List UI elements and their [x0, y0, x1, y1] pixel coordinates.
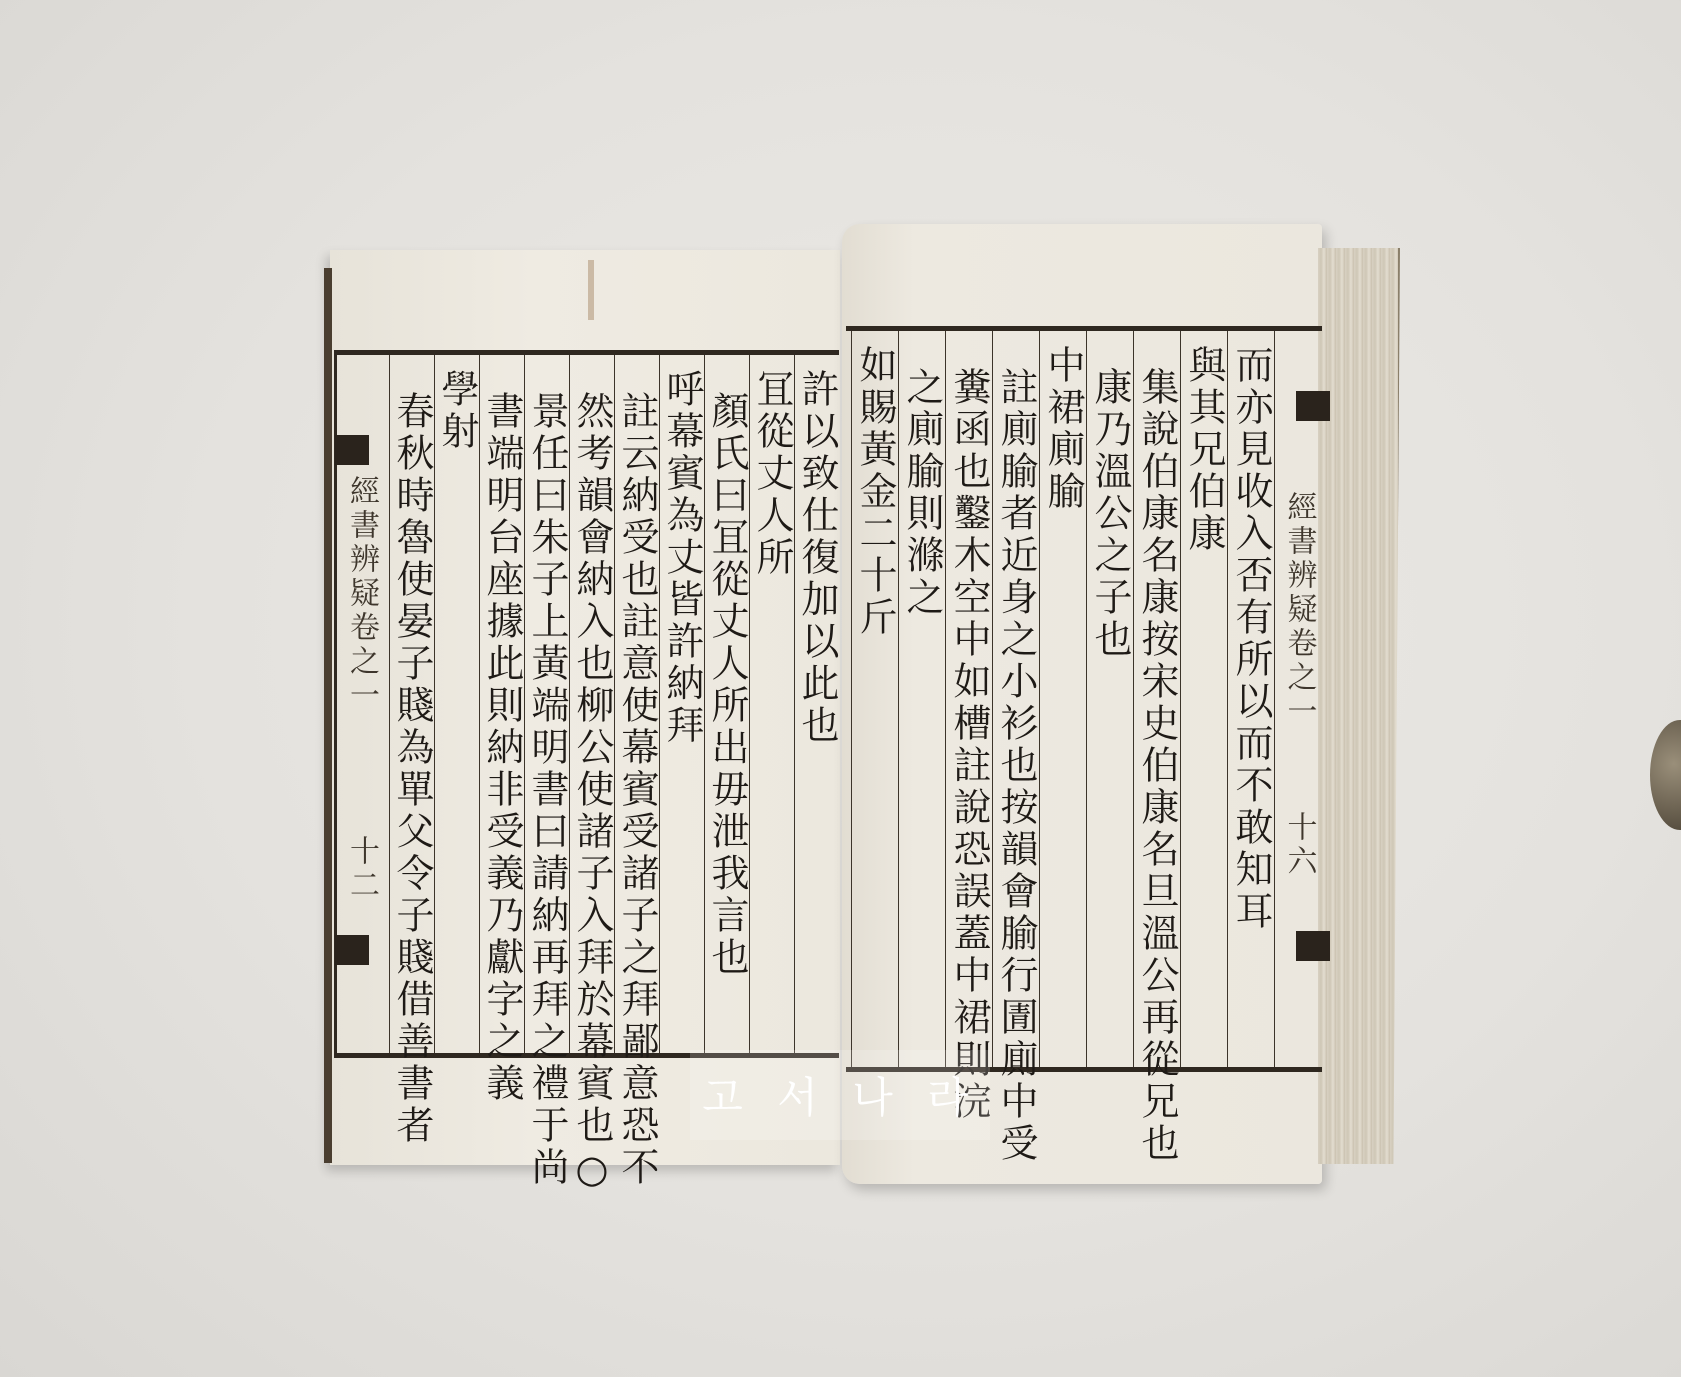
- right-column-5: 中裙廁腧: [1039, 331, 1086, 1067]
- right-column-4: 康乃溫公之子也: [1086, 331, 1133, 1067]
- paper-stain: [588, 260, 594, 320]
- watermark-char: 라: [927, 1065, 978, 1125]
- watermark: 고 서 나 라: [690, 1050, 990, 1140]
- upper-fish-tail-mark: [335, 435, 369, 465]
- right-column-9: 如賜黃金二十斤: [851, 331, 898, 1067]
- left-column-8: 書端明台座據此則納非受義乃獻字之義: [479, 355, 524, 1053]
- right-text-frame: 而亦見收入否有所以而不敢知耳 與其兄伯康 集說伯康名康按宋史伯康名旦溫公再從兄也…: [846, 326, 1322, 1072]
- left-column-5: 註云納受也註意使幕賓受諸子之拜鄙意恐不: [614, 355, 659, 1053]
- watermark-char: 서: [777, 1065, 828, 1125]
- coin-weight: [1650, 720, 1681, 830]
- lower-fish-tail-mark: [335, 935, 369, 965]
- right-column-2: 與其兄伯康: [1180, 331, 1227, 1067]
- open-book-photo: 許以致仕復加以此也 冝從丈人所 顏氏曰冝從丈人所出毋泄我言也 呼幕賓為丈皆許納拜…: [0, 0, 1681, 1377]
- left-column-4: 呼幕賓為丈皆許納拜: [659, 355, 704, 1053]
- watermark-char: 고: [702, 1065, 753, 1125]
- right-column-1: 而亦見收入否有所以而不敢知耳: [1227, 331, 1274, 1067]
- left-column-7: 景任曰朱子上黃端明書曰請納再拜之禮于尚: [524, 355, 569, 1053]
- left-column-9: 學射: [434, 355, 479, 1053]
- left-column-6: 然考韻會納入也柳公使諸子入拜於幕賓也○: [569, 355, 614, 1053]
- left-text-frame: 許以致仕復加以此也 冝從丈人所 顏氏曰冝從丈人所出毋泄我言也 呼幕賓為丈皆許納拜…: [334, 350, 839, 1058]
- right-column-6: 註廁腧者近身之小衫也按韻會腧行圊廁中受: [992, 331, 1039, 1067]
- upper-fish-tail-mark: [1296, 391, 1330, 421]
- left-column-3: 顏氏曰冝從丈人所出毋泄我言也: [704, 355, 749, 1053]
- page-stack-edge: [1318, 248, 1400, 1164]
- left-column-1: 許以致仕復加以此也: [794, 355, 839, 1053]
- left-page-edge: [324, 268, 332, 1163]
- left-column-2: 冝從丈人所: [749, 355, 794, 1053]
- watermark-char: 나: [852, 1065, 903, 1125]
- left-column-10: 春秋時魯使晏子賤為單父令子賤借善書者: [389, 355, 434, 1053]
- lower-fish-tail-mark: [1296, 931, 1330, 961]
- right-column-3: 集說伯康名康按宋史伯康名旦溫公再從兄也: [1133, 331, 1180, 1067]
- right-column-7: 糞函也鑿木空中如槽註說恐誤蓋中裙則浣: [945, 331, 992, 1067]
- right-column-8: 之廁腧則滌之: [898, 331, 945, 1067]
